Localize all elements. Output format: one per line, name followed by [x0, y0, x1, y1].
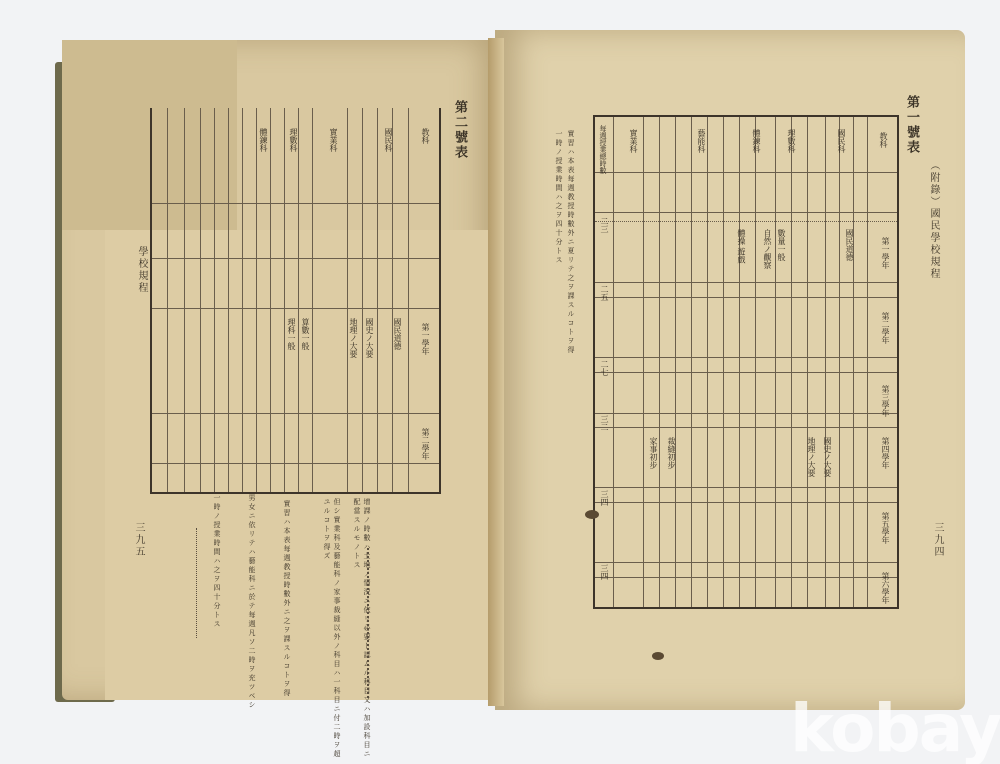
wavy-divider — [367, 548, 377, 698]
left-note-4: 男女ニ依リテハ藝能科ニ於テ每週凡ソ二時ヲ充ツベシ — [247, 494, 257, 710]
left-page-number: 三九五 — [131, 522, 146, 558]
dotted-divider — [196, 528, 201, 638]
content-shizen: 自然ノ觀察 — [762, 229, 773, 269]
grade-3-total: 二七 — [599, 360, 610, 376]
left-header-jitsugyo: 實業科 — [328, 128, 339, 152]
grade-3-label: 第三學年 — [880, 385, 891, 417]
grade-2-label: 第二學年 — [880, 312, 891, 344]
content-kaji: 家事初步 — [648, 437, 659, 469]
left-content-sansu: 算數一般 — [300, 318, 311, 350]
content-saiho: 裁縫初步 — [666, 437, 677, 469]
left-caption: 學校規程 — [134, 246, 149, 294]
content-suryo: 數量一般 — [776, 229, 787, 261]
left-note-5: 一時ノ授業時間ハ之ヲ四十分トス — [212, 494, 222, 629]
content-kokushi: 國史ノ大要 — [822, 437, 833, 477]
content-taiso: 體操 遊戲 — [736, 229, 747, 264]
right-note-1: 實習ハ本表每週教授時數外ニ夏リテ之ヲ課スルコトヲ得 — [566, 130, 576, 355]
grade-4-total: 三二 — [599, 415, 610, 431]
left-timetable: 教科 國民科 實業科 理數科 體鍊科 第一學年 第二學年 國民道德 國史ノ大要 … — [150, 108, 441, 494]
ink-stain — [652, 652, 664, 660]
header-geino: 藝能科 — [696, 129, 707, 153]
grade-4-label: 第四學年 — [880, 437, 891, 469]
grade-6-total: 三四 — [599, 564, 610, 580]
left-header-kokumin: 國民科 — [383, 128, 394, 152]
left-content-chiri: 地理ノ大要 — [348, 318, 359, 358]
left-header-subject-label: 教科 — [420, 128, 431, 144]
header-total-hours: 每週授業總時數 — [598, 125, 608, 174]
header-subject-label: 教科 — [878, 132, 889, 148]
grade-5-label: 第五學年 — [880, 512, 891, 544]
right-note-2: 一時ノ授業時間ハ之ヲ四十分トス — [554, 130, 564, 265]
right-table-title: 第一號表 — [902, 95, 921, 155]
grade-2-total: 二五 — [599, 285, 610, 301]
book-gutter — [488, 38, 504, 706]
right-caption: （附錄）國民學校規程 — [926, 160, 941, 280]
header-risu: 理數科 — [786, 129, 797, 153]
left-grade-2-label: 第二學年 — [420, 428, 431, 460]
content-chiri: 地理ノ大要 — [806, 437, 817, 477]
grade-1-label: 第一學年 — [880, 237, 891, 269]
left-note-3: 實習ハ本表每週教授時數外ニ之ヲ課スルコトヲ得 — [282, 500, 292, 698]
content-kokumin-dotoku: 國民道德 — [844, 229, 855, 261]
book-photo: 第一號表 （附錄）國民學校規程 三九四 實習ハ本表每週教授時數外ニ夏リテ之ヲ課ス… — [0, 0, 1000, 764]
grade-6-label: 第六學年 — [880, 572, 891, 604]
grade-1-total: 二三 — [599, 217, 610, 233]
left-note-2: 但シ實業科及藝能科ノ家事裁縫以外ノ科目ハ一科目ニ付二時ヲ超ユルコトヲ得ズ — [322, 498, 342, 764]
left-header-risu: 理數科 — [288, 128, 299, 152]
left-content-rika: 理科一般 — [286, 318, 297, 350]
right-page-number: 三九四 — [930, 522, 945, 558]
grade-5-total: 三四 — [599, 490, 610, 506]
left-content-dotoku: 國民道德 — [392, 318, 403, 350]
header-kokumin: 國民科 — [836, 129, 847, 153]
left-grade-1-label: 第一學年 — [420, 323, 431, 355]
left-table-title: 第二號表 — [450, 100, 469, 160]
right-timetable: 教科 國民科 理數科 體鍊科 藝能科 實業科 每週授業總時數 第一學年 第二學年… — [593, 115, 899, 609]
header-tairen: 體鍊科 — [751, 129, 762, 153]
ink-stain — [585, 510, 599, 519]
left-header-tairen: 體鍊科 — [258, 128, 269, 152]
watermark: kobay — [790, 690, 1000, 764]
header-jitsugyo: 實業科 — [628, 129, 639, 153]
left-content-kokushi: 國史ノ大要 — [364, 318, 375, 358]
